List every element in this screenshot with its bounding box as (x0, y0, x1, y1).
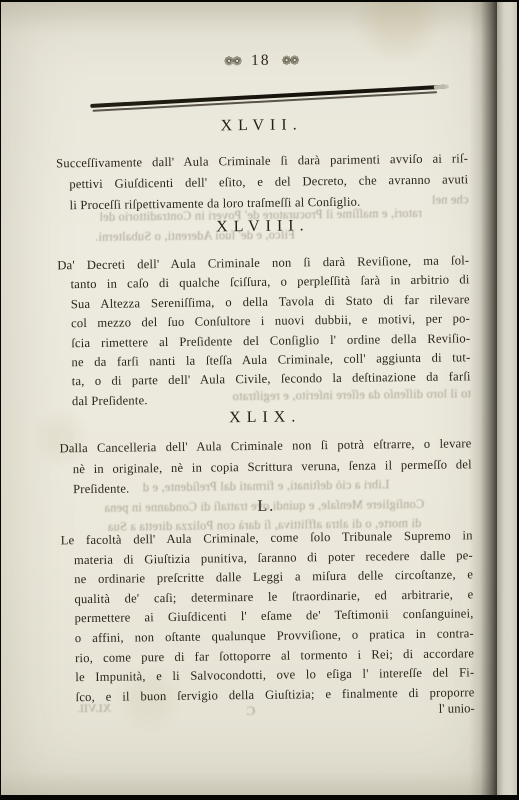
next-page-edge (497, 2, 517, 795)
page-content: ❁❁ 18 ❁❁ XLVII. Succeſſivamente dall' Au… (0, 0, 502, 798)
fleuron-ornament-right-icon: ❁❁ (281, 53, 297, 67)
bleedthrough-running-title: XLVII. (77, 702, 167, 715)
page-number: 18 (251, 52, 271, 70)
rule-tip (434, 85, 449, 90)
page-edge-shadow (469, 2, 497, 795)
printers-double-rule (90, 85, 446, 112)
book-page-scan: ❁❁ 18 ❁❁ XLVII. Succeſſivamente dall' Au… (1, 2, 497, 795)
rule-top-bar (90, 85, 446, 108)
bleedthrough-line: Fiſco, e de' ſuoi Aderenti, o Subalterni… (95, 225, 469, 245)
section-heading-xlix: XLIX. (59, 406, 471, 429)
running-header: ❁❁ 18 ❁❁ (55, 47, 467, 74)
paragraph-l: Le facoltà dell' Aula Criminale, come ſo… (61, 526, 475, 707)
bleedthrough-signature-mark: C (231, 703, 271, 719)
section-heading-xlvii: XLVII. (56, 114, 468, 137)
fleuron-ornament-left-icon: ❁❁ (224, 54, 240, 68)
